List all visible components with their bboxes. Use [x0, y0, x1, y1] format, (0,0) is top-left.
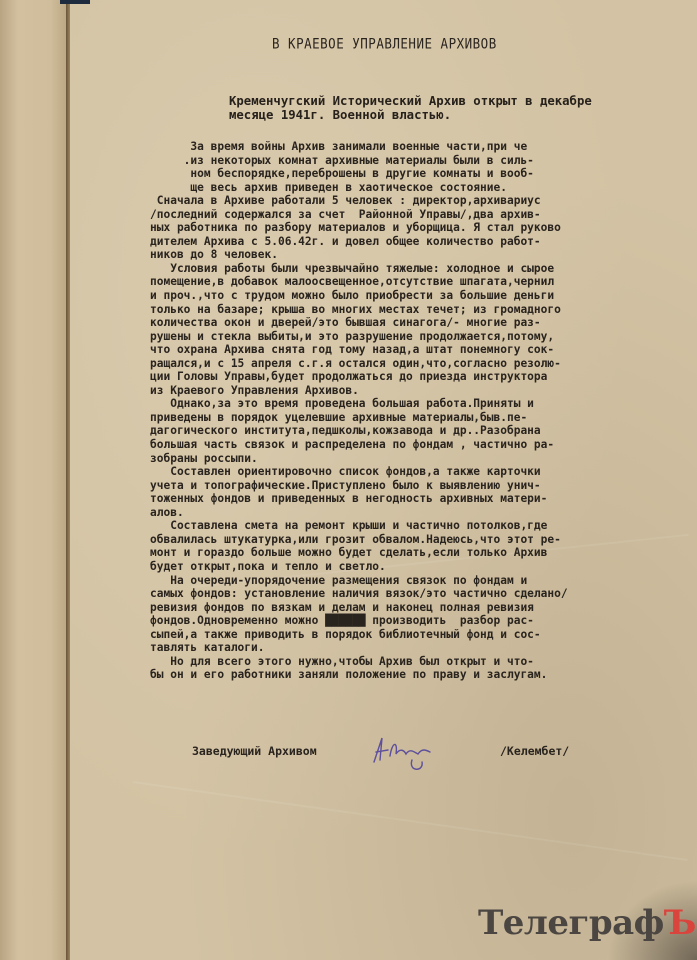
body-text-line: зобраны россыпи.: [150, 452, 695, 466]
body-text-line: .из некоторых комнат архивные материалы …: [150, 154, 695, 168]
body-text-line: помещение,в добавок малоосвещенное,отсут…: [150, 275, 695, 289]
watermark-text: Телеграф: [478, 903, 664, 943]
body-text-line: учета и топографические.Приступлено было…: [150, 479, 695, 493]
body-text-line: /последний содержался за счет Районной У…: [150, 208, 695, 222]
body-text-line: дителем Архива с 5.06.42г. и довел общее…: [150, 235, 695, 249]
body-text-line: ще весь архив приведен в хаотическое сос…: [150, 181, 695, 195]
document-body: За время войны Архив занимали военные ча…: [150, 140, 695, 682]
body-text-line: ращался,и с 15 апреля с.г.я остался один…: [150, 357, 695, 371]
body-text-line: ревизия фондов по вязкам и делам и након…: [150, 601, 695, 615]
paper-crease: [133, 781, 688, 861]
body-text-line: фондов.Одновременно можно ██████ произво…: [150, 614, 695, 628]
body-text-line: Однако,за это время проведена большая ра…: [150, 397, 695, 411]
binder-clip: [60, 0, 90, 4]
body-text-line: Составлена смета на ремонт крыши и части…: [150, 519, 695, 533]
body-text-line: монт и гораздо больше можно будет сделат…: [150, 546, 695, 560]
signer-name: /Келембет/: [500, 744, 569, 758]
body-text-line: из Краевого Управления Архивов.: [150, 384, 695, 398]
body-text-line: тавлять каталоги.: [150, 641, 695, 655]
signature-label: Заведующий Архивом: [192, 744, 317, 758]
body-text-line: ников до 8 человек.: [150, 248, 695, 262]
body-text-line: обвалилась штукатурка,или грозит обвалом…: [150, 533, 695, 547]
body-text-line: Условия работы были чрезвычайно тяжелые:…: [150, 262, 695, 276]
body-text-line: дагогического института,педшколы,кожзаво…: [150, 424, 695, 438]
body-text-line: Но для всего этого нужно,чтобы Архив был…: [150, 655, 695, 669]
body-text-line: алов.: [150, 506, 695, 520]
document-heading: Кременчугский Исторический Архив открыт …: [229, 94, 689, 122]
heading-line: Кременчугский Исторический Архив открыт …: [229, 94, 689, 108]
handwritten-signature-icon: [368, 730, 438, 775]
body-text-line: тоженных фондов и приведенных в негоднос…: [150, 492, 695, 506]
body-text-line: самых фондов: установление наличия вязок…: [150, 587, 695, 601]
body-text-line: Сначала в Архиве работали 5 человек : ди…: [150, 194, 695, 208]
body-text-line: ных работника по разбору материалов и уб…: [150, 221, 695, 235]
body-text-line: приведены в порядок уцелевшие архивные м…: [150, 411, 695, 425]
body-text-line: бы он и его работники заняли положение п…: [150, 668, 695, 682]
document-title: В КРАЕВОЕ УПРАВЛЕНИЕ АРХИВОВ: [272, 35, 497, 52]
body-text-line: будет открыт,пока и тепло и светло.: [150, 560, 695, 574]
body-text-line: ции Головы Управы,будет продолжаться до …: [150, 370, 695, 384]
underlying-page-edge: [0, 0, 72, 960]
body-text-line: сыпей,а также приводить в порядок библио…: [150, 628, 695, 642]
body-text-line: рушены и стекла выбиты,и это разрушение …: [150, 330, 695, 344]
body-text-line: ном беспорядке,переброшены в другие комн…: [150, 167, 695, 181]
signature-block: Заведующий Архивом /Келембет/: [192, 736, 697, 776]
watermark-accent-letter: Ъ: [664, 903, 696, 943]
body-text-line: и проч.,что с трудом можно было приобрес…: [150, 289, 695, 303]
body-text-line: большая часть связок и распределена по ф…: [150, 438, 695, 452]
heading-line: месяце 1941г. Военной властью.: [229, 108, 689, 122]
telegraf-watermark-logo: ТелеграфЪ: [478, 903, 696, 943]
body-text-line: За время войны Архив занимали военные ча…: [150, 140, 695, 154]
body-text-line: только на базаре; крыша во многих местах…: [150, 303, 695, 317]
body-text-line: Составлен ориентировочно список фондов,а…: [150, 465, 695, 479]
body-text-line: На очереди-упорядочение размещения связо…: [150, 574, 695, 588]
body-text-line: количества окон и дверей/это бывшая сина…: [150, 316, 695, 330]
body-text-line: что охрана Архива снята год тому назад,а…: [150, 343, 695, 357]
